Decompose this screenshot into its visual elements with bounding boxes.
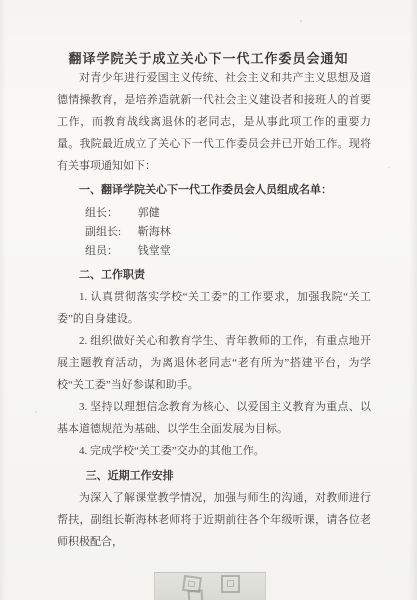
section-3-heading: 三、近期工作安排: [57, 465, 371, 487]
section-1-heading: 一、翻译学院关心下一代工作委员会人员组成名单：: [57, 179, 371, 201]
section-3-paragraph: 为深入了解课堂教学情况，加强与师生的沟通，对教师进行帮扶，副组长靳海林老师将于近…: [57, 487, 371, 553]
member-role-label: 组长：: [85, 204, 135, 223]
member-name: 靳海林: [138, 223, 171, 242]
member-name: 钱堂堂: [138, 242, 171, 261]
duty-item-3: 3. 坚持以理想信念教育为核心、以爱国主义教育为重点、以基本道德规范为基础、以学…: [57, 396, 371, 440]
scan-speck: [35, 411, 37, 413]
section-2-heading: 二、工作职责: [57, 264, 371, 286]
duty-item-2: 2. 组织做好关心和教育学生、青年教师的工作，有重点地开展主题教育活动，为离退休…: [57, 330, 371, 396]
member-row-leader: 组长： 郭健: [85, 204, 371, 223]
member-row-member: 组员： 钱堂堂: [85, 242, 371, 261]
member-role-label: 副组长:: [85, 223, 135, 242]
scan-speck: [388, 167, 390, 168]
document-title: 翻译学院关于成立关心下一代工作委员会通知: [0, 0, 417, 67]
document-body: 对青少年进行爱国主义传统、社会主义和共产主义思想及道德情操教育，是培养造就新一代…: [57, 67, 371, 553]
duty-item-1: 1. 认真贯彻落实学校“关工委”的工作要求，加强我院“关工委”的自身建设。: [57, 286, 371, 330]
member-role-label: 组员：: [85, 242, 135, 261]
member-name: 郭健: [138, 204, 160, 223]
artifact-glyph: [221, 575, 240, 593]
member-row-deputy: 副组长: 靳海林: [85, 223, 371, 242]
scan-speck: [300, 20, 302, 22]
artifact-glyph: [188, 589, 204, 600]
committee-member-list: 组长： 郭健 副组长: 靳海林 组员： 钱堂堂: [85, 204, 371, 261]
scanned-notice-page: 翻译学院关于成立关心下一代工作委员会通知 对青少年进行爱国主义传统、社会主义和共…: [0, 0, 417, 600]
scan-artifact-next-sheet: [154, 572, 266, 600]
duty-item-4: 4. 完成学校“关工委”交办的其他工作。: [57, 440, 371, 462]
intro-paragraph: 对青少年进行爱国主义传统、社会主义和共产主义思想及道德情操教育，是培养造就新一代…: [57, 67, 371, 177]
